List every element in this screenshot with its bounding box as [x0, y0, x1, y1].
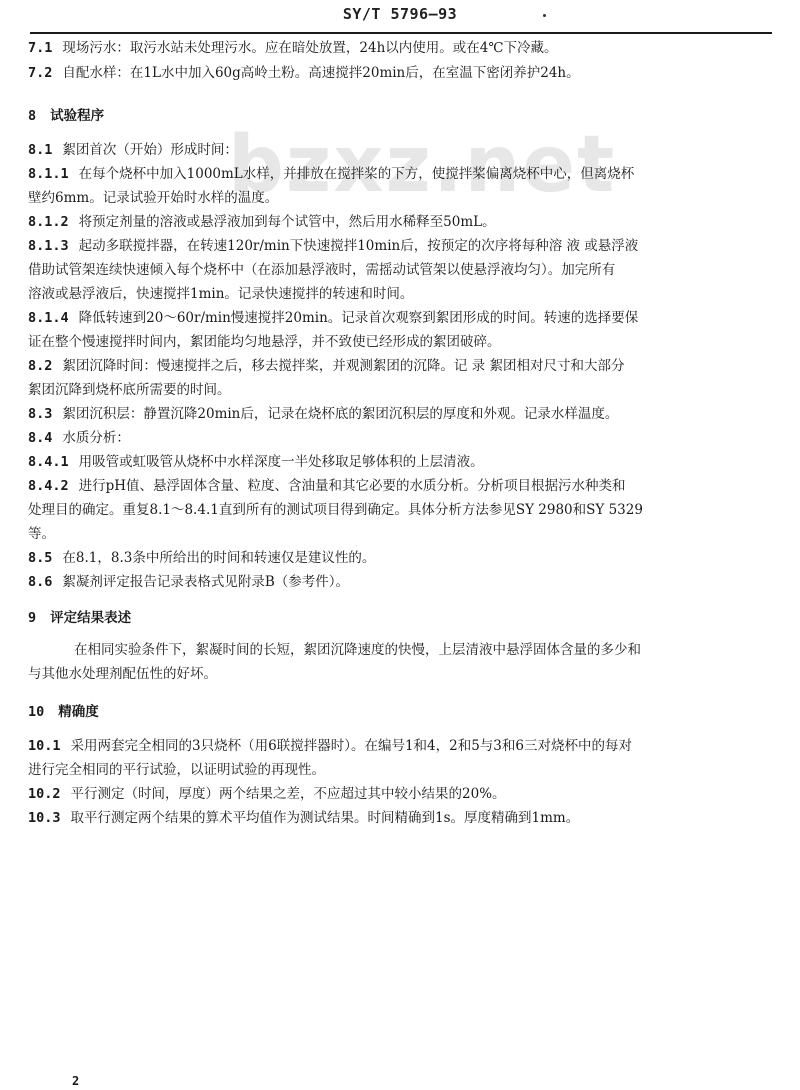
clause-7-1: 7.1现场污水：取污水站未处理污水。应在暗处放置，24h以内使用。或在4℃下冷藏… — [28, 38, 773, 58]
section-number: 9 — [28, 608, 36, 628]
clause-8-4-2-cont-2: 等。 — [28, 524, 773, 544]
section-number: 10 — [28, 702, 44, 722]
clause-text: 平行测定（时间，厚度）两个结果之差，不应超过其中较小结果的20%。 — [71, 786, 506, 802]
clause-text: 现场污水：取污水站未处理污水。应在暗处放置，24h以内使用。或在4℃下冷藏。 — [62, 40, 557, 56]
section-title: 评定结果表述 — [50, 610, 131, 626]
clause-8-1-1: 8.1.1在每个烧杯中加入1000mL水样，并排放在搅拌桨的下方，使搅拌桨偏离烧… — [28, 164, 773, 184]
clause-text: 在每个烧杯中加入1000mL水样，并排放在搅拌桨的下方，使搅拌桨偏离烧杯中心，但… — [79, 166, 635, 182]
clause-text: 进行pH值、悬浮固体含量、粒度、含油量和其它必要的水质分析。分析项目根据污水种类… — [79, 478, 626, 494]
clause-8-2-cont: 絮团沉降到烧杯底所需要的时间。 — [28, 380, 773, 400]
clause-number: 8.1.3 — [28, 236, 69, 256]
clause-8-4-2-cont-1: 处理目的确定。重复8.1～8.4.1直到所有的测试项目得到确定。具体分析方法参见… — [28, 500, 773, 520]
clause-number: 8.4 — [28, 428, 52, 448]
section-9-paragraph-line-1: 在相同实验条件下，絮凝时间的长短，絮团沉降速度的快慢，上层清液中悬浮固体含量的多… — [74, 640, 800, 660]
clause-text: 将预定剂量的溶液或悬浮液加到每个试管中，然后用水稀释至50mL。 — [79, 214, 496, 230]
clause-number: 7.1 — [28, 38, 52, 58]
standard-code-header: SY/T 5796—93 — [0, 5, 800, 23]
clause-10-3: 10.3取平行测定两个结果的算术平均值作为测试结果。时间精确到1s。厚度精确到1… — [28, 808, 773, 828]
clause-text: 降低转速到20～60r/min慢速搅拌20min。记录首次观察到絮团形成的时间。… — [79, 310, 639, 326]
clause-text: 水质分析： — [62, 430, 130, 446]
clause-text: 起动多联搅拌器，在转速120r/min下快速搅拌10min后，按预定的次序将每种… — [79, 238, 639, 254]
clause-number: 8.1.1 — [28, 164, 69, 184]
section-number: 8 — [28, 106, 36, 126]
clause-10-2: 10.2平行测定（时间，厚度）两个结果之差，不应超过其中较小结果的20%。 — [28, 784, 773, 804]
clause-number: 8.3 — [28, 404, 52, 424]
clause-8-3: 8.3絮团沉积层：静置沉降20min后，记录在烧杯底的絮团沉积层的厚度和外观。记… — [28, 404, 773, 424]
section-title: 试验程序 — [50, 108, 104, 124]
clause-8-1-1-cont: 壁约6mm。记录试验开始时水样的温度。 — [28, 188, 773, 208]
scan-speck — [543, 14, 546, 17]
clause-number: 8.2 — [28, 356, 52, 376]
section-9-paragraph-line-2: 与其他水处理剂配伍性的好坏。 — [28, 664, 773, 684]
document-page: SY/T 5796—93 bzxz.net 7.1现场污水：取污水站未处理污水。… — [0, 0, 800, 1090]
clause-8-5: 8.5在8.1，8.3条中所给出的时间和转速仅是建议性的。 — [28, 548, 773, 568]
section-8-heading: 8试验程序 — [28, 106, 104, 126]
clause-number: 10.2 — [28, 784, 61, 804]
clause-number: 7.2 — [28, 63, 52, 83]
page-number: 2 — [72, 1074, 79, 1088]
clause-number: 8.4.1 — [28, 452, 69, 472]
clause-7-2: 7.2自配水样：在1L水中加入60g高岭土粉。高速搅拌20min后，在室温下密闭… — [28, 63, 773, 83]
clause-text: 用吸管或虹吸管从烧杯中水样深度一半处移取足够体积的上层清液。 — [79, 454, 484, 470]
clause-text: 絮团首次（开始）形成时间： — [62, 142, 238, 158]
clause-10-1: 10.1采用两套完全相同的3只烧杯（用6联搅拌器时）。在编号1和4，2和5与3和… — [28, 736, 773, 756]
clause-number: 8.1.4 — [28, 308, 69, 328]
clause-number: 8.4.2 — [28, 476, 69, 496]
clause-text: 采用两套完全相同的3只烧杯（用6联搅拌器时）。在编号1和4，2和5与3和6三对烧… — [71, 738, 632, 754]
clause-number: 10.3 — [28, 808, 61, 828]
clause-text: 絮团沉积层：静置沉降20min后，记录在烧杯底的絮团沉积层的厚度和外观。记录水样… — [62, 406, 618, 422]
clause-8-4-1: 8.4.1用吸管或虹吸管从烧杯中水样深度一半处移取足够体积的上层清液。 — [28, 452, 773, 472]
section-9-heading: 9评定结果表述 — [28, 608, 131, 628]
clause-8-1-4: 8.1.4降低转速到20～60r/min慢速搅拌20min。记录首次观察到絮团形… — [28, 308, 773, 328]
header-rule — [30, 32, 772, 34]
clause-8-1-3: 8.1.3起动多联搅拌器，在转速120r/min下快速搅拌10min后，按预定的… — [28, 236, 773, 256]
clause-number: 8.1.2 — [28, 212, 69, 232]
clause-text: 在8.1，8.3条中所给出的时间和转速仅是建议性的。 — [62, 550, 375, 566]
clause-number: 10.1 — [28, 736, 61, 756]
clause-8-1-4-cont: 证在整个慢速搅拌时间内，絮团能均匀地悬浮，并不致使已经形成的絮团破碎。 — [28, 332, 773, 352]
clause-text: 絮团沉降时间：慢速搅拌之后，移去搅拌桨，并观测絮团的沉降。记 录 絮团相对尺寸和… — [62, 358, 624, 374]
clause-8-6: 8.6絮凝剂评定报告记录表格式见附录B（参考件）。 — [28, 572, 773, 592]
section-title: 精确度 — [58, 704, 99, 720]
clause-number: 8.5 — [28, 548, 52, 568]
clause-8-1-3-cont-2: 溶液或悬浮液后，快速搅拌1min。记录快速搅拌的转速和时间。 — [28, 284, 773, 304]
clause-8-4: 8.4水质分析： — [28, 428, 773, 448]
clause-8-4-2: 8.4.2进行pH值、悬浮固体含量、粒度、含油量和其它必要的水质分析。分析项目根… — [28, 476, 773, 496]
clause-8-1-2: 8.1.2将预定剂量的溶液或悬浮液加到每个试管中，然后用水稀释至50mL。 — [28, 212, 773, 232]
clause-number: 8.1 — [28, 140, 52, 160]
section-10-heading: 10精确度 — [28, 702, 99, 722]
clause-10-1-cont: 进行完全相同的平行试验，以证明试验的再现性。 — [28, 760, 773, 780]
clause-text: 絮凝剂评定报告记录表格式见附录B（参考件）。 — [62, 574, 349, 590]
clause-8-1: 8.1絮团首次（开始）形成时间： — [28, 140, 773, 160]
clause-text: 自配水样：在1L水中加入60g高岭土粉。高速搅拌20min后，在室温下密闭养护2… — [62, 65, 579, 81]
clause-text: 取平行测定两个结果的算术平均值作为测试结果。时间精确到1s。厚度精确到1mm。 — [71, 810, 580, 826]
clause-number: 8.6 — [28, 572, 52, 592]
clause-8-2: 8.2絮团沉降时间：慢速搅拌之后，移去搅拌桨，并观测絮团的沉降。记 录 絮团相对… — [28, 356, 773, 376]
clause-8-1-3-cont-1: 借助试管架连续快速倾入每个烧杯中（在添加悬浮液时，需摇动试管架以使悬浮液均匀）。… — [28, 260, 773, 280]
